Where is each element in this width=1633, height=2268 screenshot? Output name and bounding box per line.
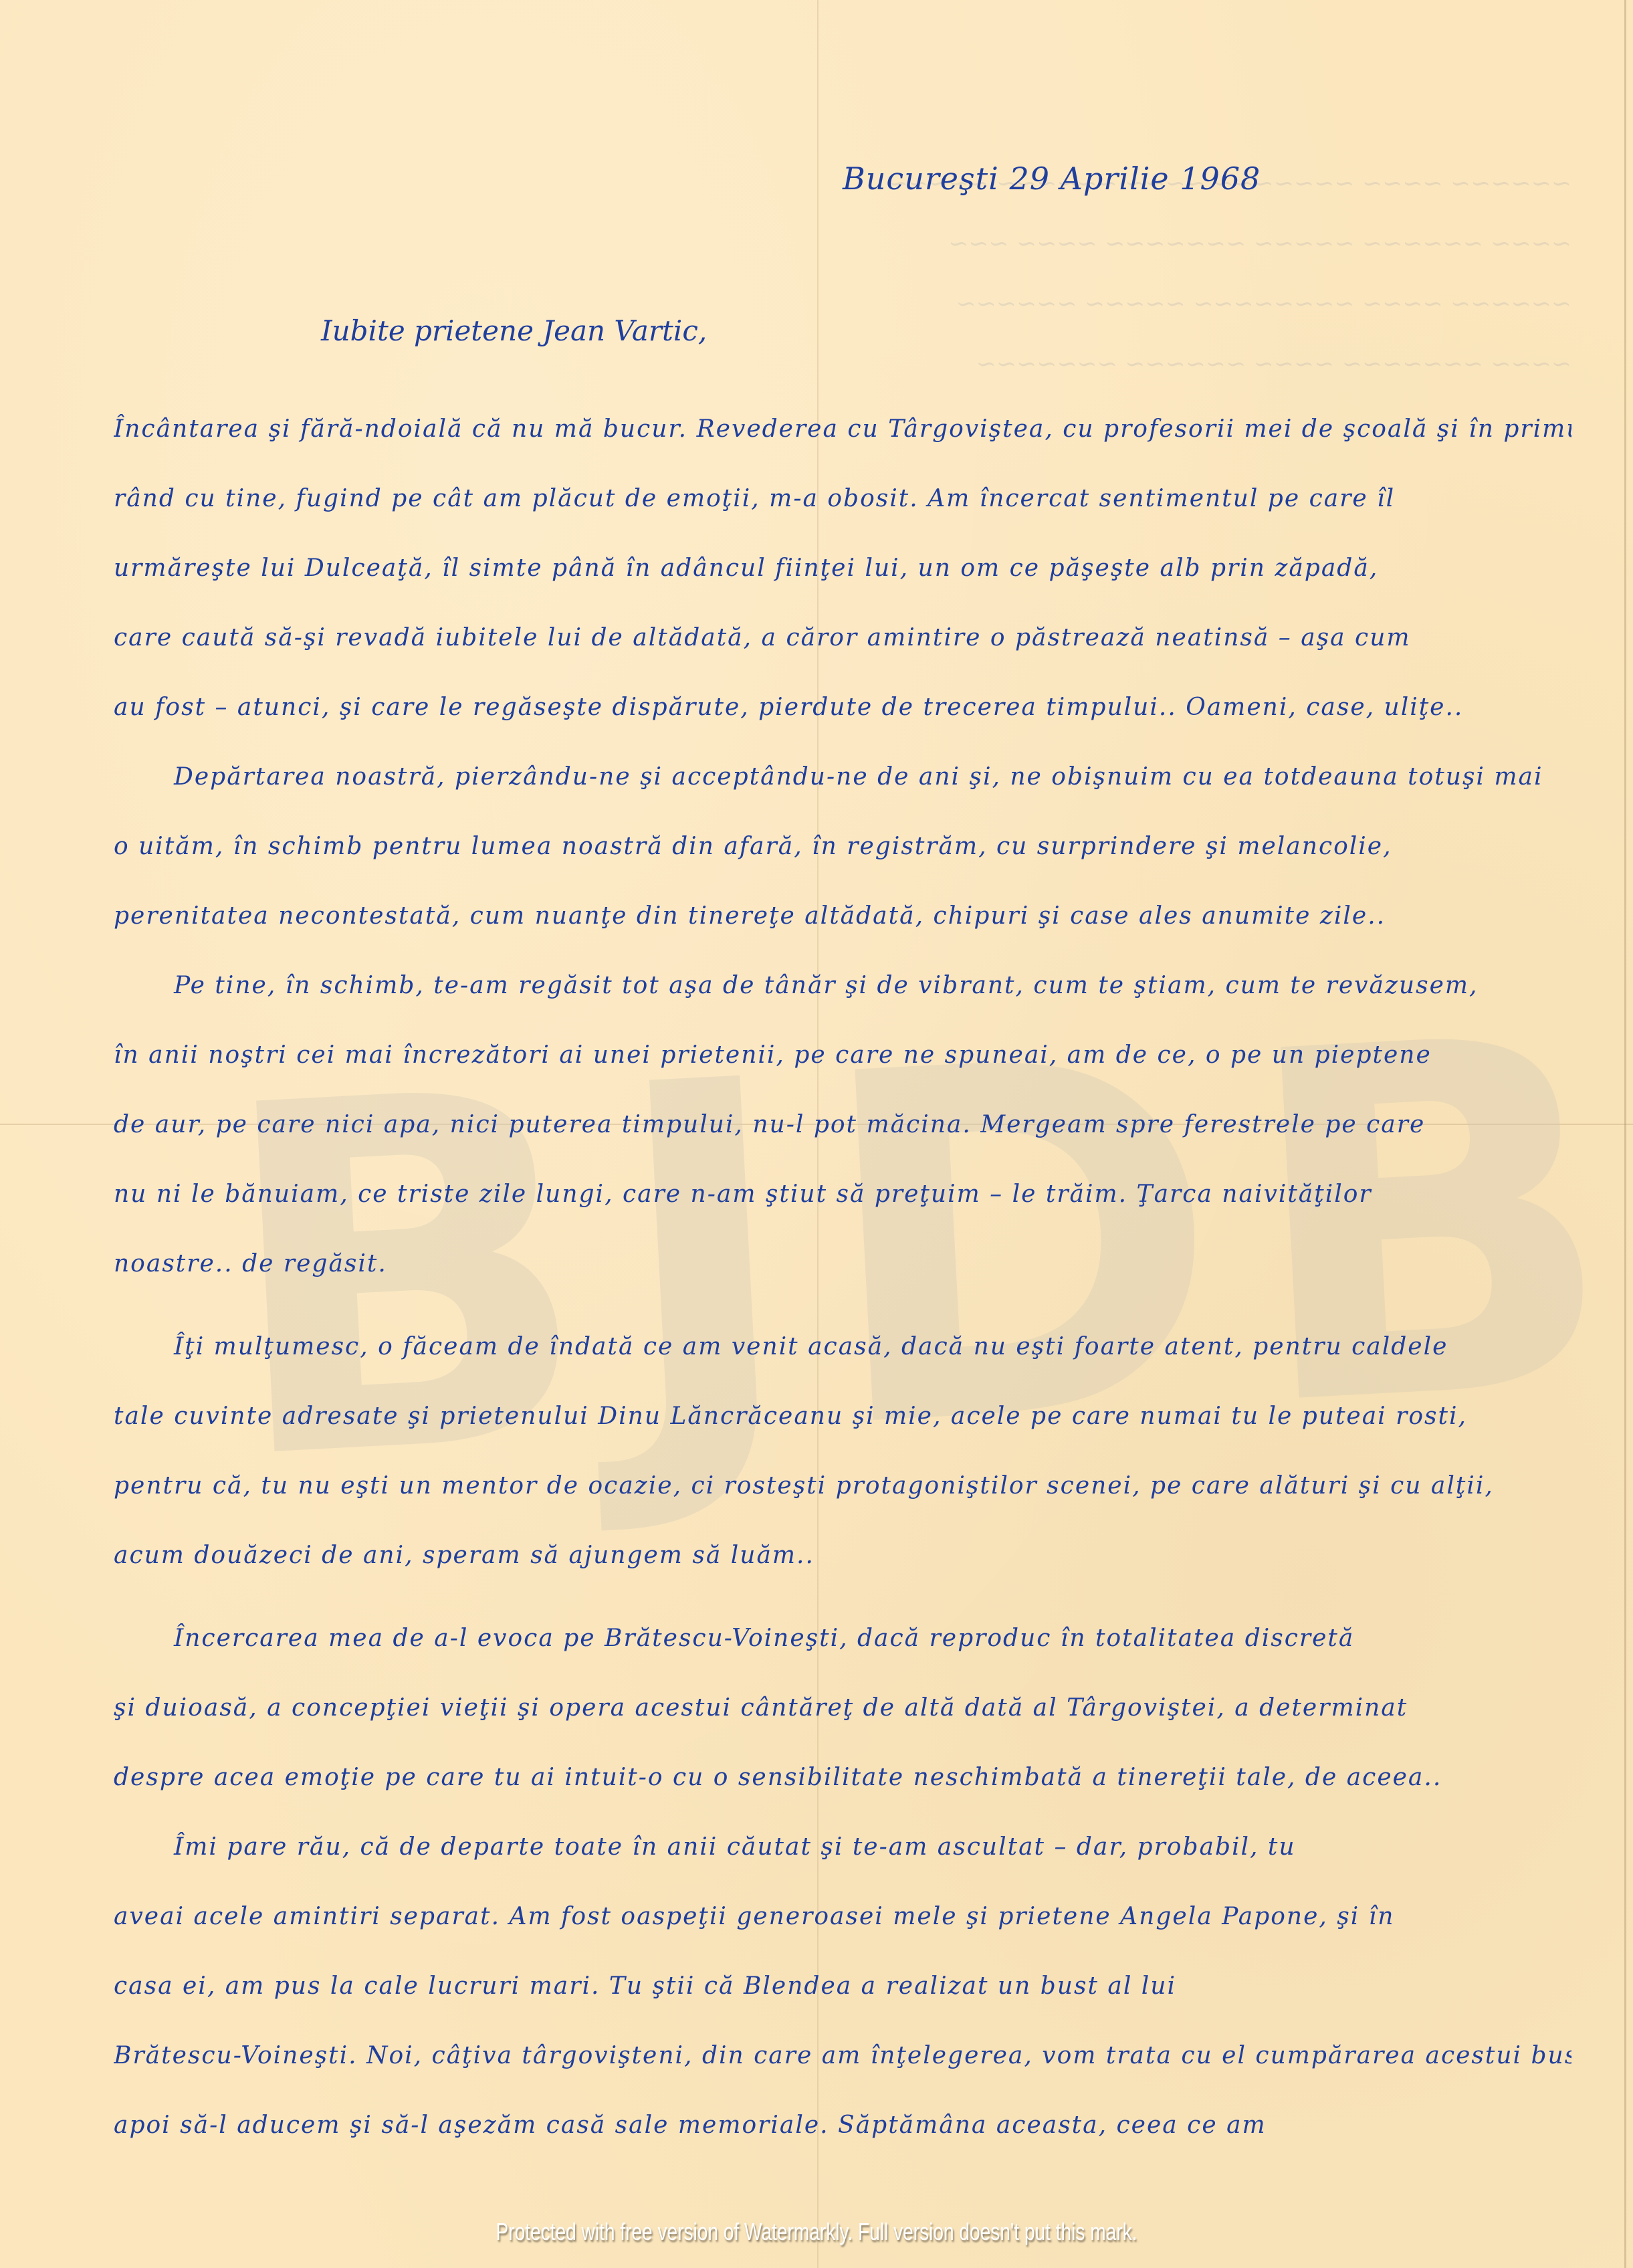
letter-line: de aur, pe care nici apa, nici puterea t…: [114, 1090, 1571, 1160]
letter-line: perenitatea necontestată, cum nuanţe din…: [114, 882, 1571, 951]
letter-line: Îmi pare rău, că de departe toate în ani…: [114, 1813, 1571, 1882]
letter-line: aveai acele amintiri separat. Am fost oa…: [114, 1882, 1571, 1952]
letter-line: casa ei, am pus la cale lucruri mari. Tu…: [114, 1952, 1571, 2021]
letter-line: în anii noştri cei mai încrezători ai un…: [114, 1021, 1571, 1090]
letter-line: tale cuvinte adresate şi prietenului Din…: [114, 1382, 1571, 1451]
letter-line: despre acea emoţie pe care tu ai intuit-…: [114, 1743, 1571, 1813]
letter-line: Brătescu-Voineşti. Noi, câţiva târgovişt…: [114, 2021, 1571, 2091]
letter-line: o uităm, în schimb pentru lumea noastră …: [114, 812, 1571, 882]
letter-line: rând cu tine, fugind pe cât am plăcut de…: [114, 464, 1571, 534]
letter-line: apoi să-l aducem şi să-l aşezăm casă sal…: [114, 2091, 1571, 2160]
letter-page: Bucureşti 29 Aprilie 1968 Iubite prieten…: [0, 0, 1633, 2268]
letter-salutation: Iubite prietene Jean Vartic,: [321, 314, 707, 347]
letter-line: au fost – atunci, şi care le regăseşte d…: [114, 673, 1571, 742]
letter-line: acum douăzeci de ani, speram să ajungem …: [114, 1521, 1571, 1590]
letter-line: Pe tine, în schimb, te-am regăsit tot aş…: [114, 951, 1571, 1021]
letter-line: nu ni le bănuiam, ce triste zile lungi, …: [114, 1160, 1571, 1229]
letter-line: Încântarea şi fără-ndoială că nu mă bucu…: [114, 395, 1571, 464]
letter-line: noastre.. de regăsit.: [114, 1229, 1571, 1299]
letter-line: care caută să-şi revadă iubitele lui de …: [114, 603, 1571, 673]
letter-date: Bucureşti 29 Aprilie 1968: [843, 161, 1261, 197]
letter-line: urmăreşte lui Dulceaţă, îl simte până în…: [114, 534, 1571, 603]
letter-line: pentru că, tu nu eşti un mentor de ocazi…: [114, 1451, 1571, 1521]
watermark-notice: Protected with free version of Watermark…: [180, 2218, 1454, 2246]
letter-line: Îţi mulţumesc, o făceam de îndată ce am …: [114, 1312, 1571, 1382]
letter-line: şi duioasă, a concepţiei vieţii şi opera…: [114, 1673, 1571, 1743]
letter-body: Încântarea şi fără-ndoială că nu mă bucu…: [114, 395, 1571, 2160]
letter-line: Încercarea mea de a-l evoca pe Brătescu-…: [114, 1604, 1571, 1673]
letter-line: Depărtarea noastră, pierzându-ne şi acce…: [114, 742, 1571, 812]
